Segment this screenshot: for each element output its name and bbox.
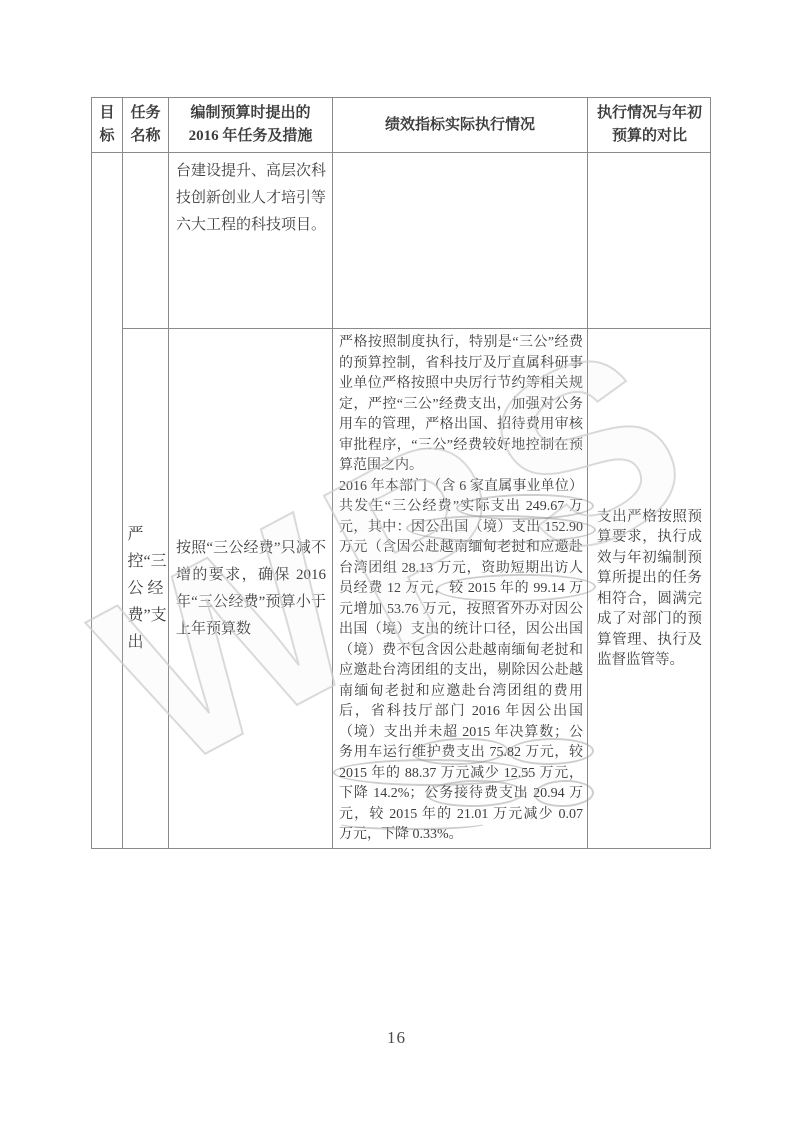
header-goal-label: 目标 <box>98 102 116 148</box>
cell-row1-comparison <box>588 153 711 329</box>
header-performance-label: 绩效指标实际执行情况 <box>385 114 535 137</box>
header-goal: 目标 <box>92 98 123 153</box>
row2-performance-paragraph-1: 严格按照制度执行，特别是“三公”经费的预算控制，省科技厅及厅直属科研事业单位严格… <box>339 333 583 477</box>
row2-task-name-text: 严控“三公经费”支出 <box>128 521 164 656</box>
header-budget-tasks-label: 编制预算时提出的 2016 年任务及措施 <box>175 102 326 148</box>
row1-budget-tasks-text: 台建设提升、高层次科技创新创业人才培引等六大工程的科技项目。 <box>169 153 332 239</box>
cell-row1-budget-tasks: 台建设提升、高层次科技创新创业人才培引等六大工程的科技项目。 <box>169 153 333 329</box>
header-comparison: 执行情况与年初预算的对比 <box>588 98 711 153</box>
header-budget-tasks: 编制预算时提出的 2016 年任务及措施 <box>169 98 333 153</box>
cell-row1-task-name <box>123 153 169 329</box>
cell-row1-performance <box>333 153 588 329</box>
cell-goal-merged <box>92 153 123 848</box>
row2-budget-tasks-text: 按照“三公经费”只减不增的要求，确保 2016 年“三公经费”预算小于上年预算数 <box>169 535 332 643</box>
budget-performance-table: 目标 任务名称 编制预算时提出的 2016 年任务及措施 绩效指标实际执行情况 … <box>91 97 711 849</box>
cell-row2-comparison: 支出严格按照预算要求，执行成效与年初编制预算所提出的任务相符合，圆满完成了对部门… <box>588 329 711 848</box>
cell-row2-performance: 严格按照制度执行，特别是“三公”经费的预算控制，省科技厅及厅直属科研事业单位严格… <box>333 329 588 848</box>
header-performance: 绩效指标实际执行情况 <box>333 98 588 153</box>
row2-performance-paragraph-2: 2016 年本部门（含 6 家直属事业单位）共发生“三公经费”实际支出 249.… <box>339 477 583 846</box>
row2-comparison-text: 支出严格按照预算要求，执行成效与年初编制预算所提出的任务相符合，圆满完成了对部门… <box>597 507 702 671</box>
header-task-name-label: 任务名称 <box>129 102 162 148</box>
cell-row2-task-name: 严控“三公经费”支出 <box>123 329 169 848</box>
header-comparison-label: 执行情况与年初预算的对比 <box>594 102 705 148</box>
page-number: 16 <box>0 1028 793 1048</box>
cell-row2-budget-tasks: 按照“三公经费”只减不增的要求，确保 2016 年“三公经费”预算小于上年预算数 <box>169 329 333 848</box>
document-page: 目标 任务名称 编制预算时提出的 2016 年任务及措施 绩效指标实际执行情况 … <box>0 0 793 1123</box>
header-task-name: 任务名称 <box>123 98 169 153</box>
